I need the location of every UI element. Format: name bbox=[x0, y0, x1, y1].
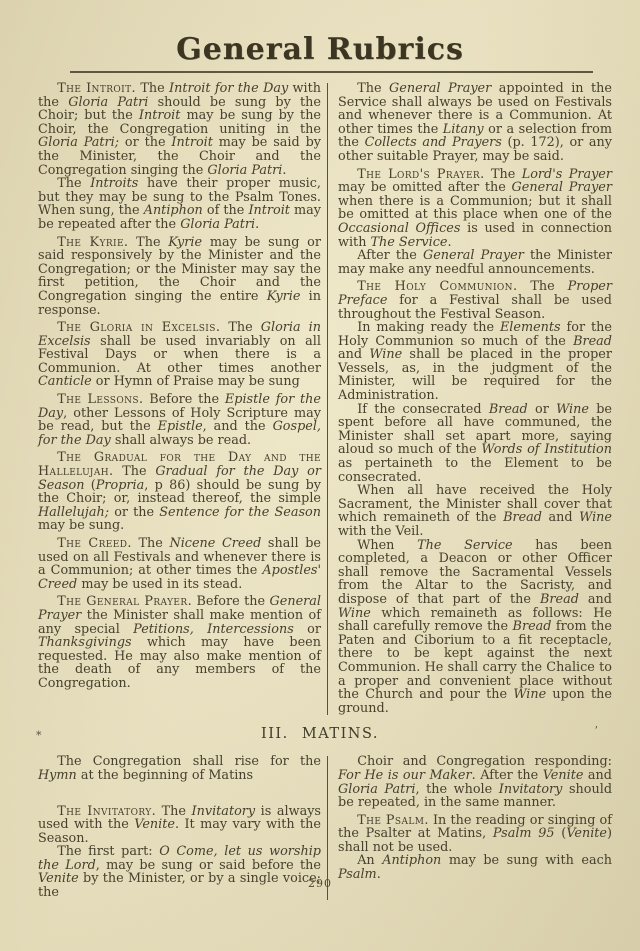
text-run: Wine bbox=[513, 687, 546, 702]
paragraph: When The Service has been completed, a D… bbox=[338, 539, 612, 716]
paragraph: The Gloria in Excelsis. The Gloria in Ex… bbox=[38, 321, 321, 389]
rubrics-left-column: The Introit. The Introit for the Day wit… bbox=[38, 82, 321, 715]
text-run: Psalm 95 bbox=[493, 826, 555, 841]
paragraph: After the General Prayer the Minister ma… bbox=[338, 249, 612, 276]
page-number: 290 bbox=[0, 877, 640, 890]
column-divider-rule bbox=[327, 83, 328, 715]
text-run: shall always be read. bbox=[111, 433, 251, 448]
text-run: ( bbox=[555, 826, 567, 841]
paragraph: The Kyrie. The Kyrie may be sung or said… bbox=[38, 236, 321, 318]
book-page: General Rubrics The Introit. The Introit… bbox=[0, 0, 640, 951]
paragraph: The General Prayer appointed in the Serv… bbox=[338, 82, 612, 164]
rubrics-right-column: The General Prayer appointed in the Serv… bbox=[338, 82, 612, 715]
paragraph: The General Prayer. Before the General P… bbox=[38, 595, 321, 690]
title-underline-rule bbox=[70, 71, 593, 73]
text-run: Venite bbox=[134, 817, 175, 832]
paragraph: Choir and Congregation responding: For H… bbox=[338, 755, 612, 809]
paragraph: The Lord's Prayer. The Lord's Prayer may… bbox=[338, 168, 612, 250]
paragraph: The Lessons. Before the Epistle for the … bbox=[38, 393, 321, 447]
text-run: as pertaineth to the Element to be conse… bbox=[338, 456, 612, 485]
text-run: Hymn bbox=[38, 768, 77, 783]
paragraph: The Gradual for the Day and the Halleluj… bbox=[38, 451, 321, 533]
text-run: may be used in its stead. bbox=[77, 577, 242, 592]
text-run: when there is a Communion; but it shall … bbox=[338, 194, 612, 223]
text-run: . bbox=[255, 217, 259, 232]
page-title: General Rubrics bbox=[0, 0, 640, 67]
text-run: Venite bbox=[566, 826, 607, 841]
paragraph: The first part: O Come, let us worship t… bbox=[38, 845, 321, 899]
rubrics-section: The Introit. The Introit for the Day wit… bbox=[38, 82, 612, 715]
text-run: Wine bbox=[579, 510, 612, 525]
text-run: may be sung with each bbox=[441, 853, 612, 868]
matins-section-header: III. MATINS. bbox=[0, 723, 640, 742]
text-run: and bbox=[542, 510, 579, 525]
margin-mark-asterisk: * bbox=[36, 729, 42, 742]
text-run: Kyrie bbox=[267, 289, 301, 304]
text-run: Antiphon bbox=[382, 853, 441, 868]
margin-mark-apostrophe: ’ bbox=[595, 724, 599, 737]
text-run: Gloria Patri bbox=[180, 217, 255, 232]
paragraph: If the consecrated Bread or Wine be spen… bbox=[338, 403, 612, 485]
paragraph: The Creed. The Nicene Creed shall be use… bbox=[38, 537, 321, 591]
paragraph: When all have received the Holy Sacramen… bbox=[338, 484, 612, 538]
text-run: at the beginning of Matins bbox=[77, 768, 253, 783]
text-run: or Hymn of Praise may be sung bbox=[92, 374, 300, 389]
text-run: Canticle bbox=[38, 374, 92, 389]
section-heading: III. MATINS. bbox=[261, 726, 379, 742]
paragraph: The Psalm. In the reading or singing of … bbox=[338, 814, 612, 855]
text-run: may be sung. bbox=[38, 518, 124, 533]
paragraph: The Holy Communion. The Proper Preface f… bbox=[338, 280, 612, 321]
paragraph: The Invitatory. The Invitatory is always… bbox=[38, 805, 321, 846]
paragraph: In making ready the Elements for the Hol… bbox=[338, 321, 612, 403]
paragraph: The Congregation shall rise for the Hymn… bbox=[38, 755, 321, 782]
text-run: Sentence for the Season bbox=[159, 505, 321, 520]
paragraph: The Introits have their proper music, bu… bbox=[38, 177, 321, 231]
paragraph: The Introit. The Introit for the Day wit… bbox=[38, 82, 321, 177]
text-run: Bread bbox=[503, 510, 542, 525]
